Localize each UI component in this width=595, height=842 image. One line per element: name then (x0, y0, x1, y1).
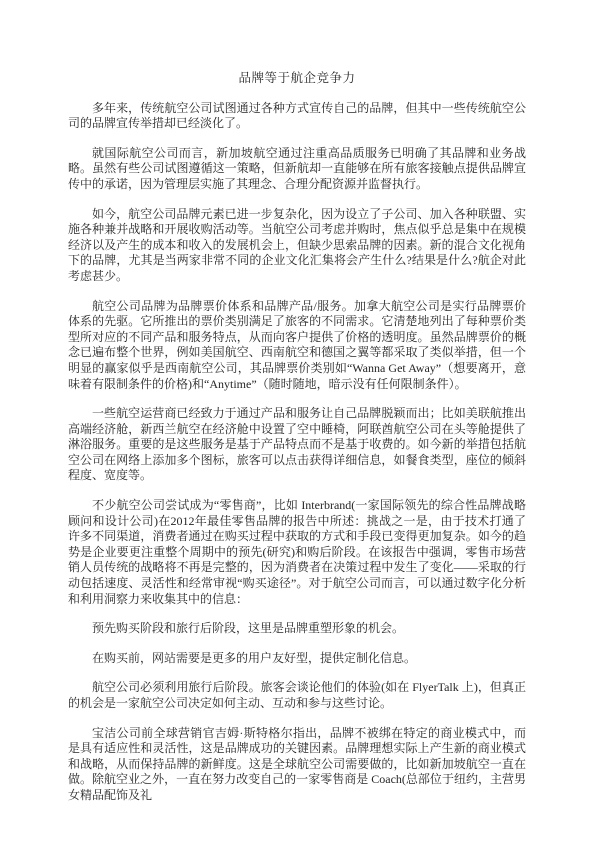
document-title: 品牌等于航企竞争力 (68, 71, 526, 87)
paragraph-singapore-airlines: 就国际航空公司而言，新加坡航空通过注重高品质服务已明确了其品牌和业务战略。虽然有… (68, 146, 526, 193)
paragraph-branded-fares: 航空公司品牌为品牌票价体系和品牌产品/服务。加拿大航空公司是实行品牌票价体系的先… (68, 299, 526, 393)
paragraph-list-item-posttravel: 航空公司必须利用旅行后阶段。旅客会谈论他们的体验(如在 FlyerTalk 上)… (68, 680, 526, 711)
paragraph-list-item-website: 在购买前，网站需要是更多的用户友好型，提供定制化信息。 (68, 651, 526, 667)
paragraph-product-differentiation: 一些航空运营商已经致力于通过产品和服务让自己品牌脱颖而出；比如美联航推出高端经济… (68, 406, 526, 484)
paragraph-list-item-prepurchase: 预先购买阶段和旅行后阶段，这里是品牌重塑形象的机会。 (68, 621, 526, 637)
paragraph-retailer-interbrand: 不少航空公司尝试成为“零售商”，比如 Interbrand(一家国际领先的综合性… (68, 498, 526, 607)
paragraph-intro: 多年来，传统航空公司试图通过各种方式宣传自己的品牌，但其中一些传统航空公司的品牌… (68, 101, 526, 132)
document-page: 品牌等于航企竞争力 多年来，传统航空公司试图通过各种方式宣传自己的品牌，但其中一… (0, 0, 595, 842)
paragraph-pg-stengel-coach: 宝洁公司前全球营销官吉姆·斯特格尔指出，品牌不被绑在特定的商业模式中，而是具有适… (68, 726, 526, 804)
paragraph-brand-complexity: 如今，航空公司品牌元素已进一步复杂化，因为设立了子公司、加入各种联盟、实施各种兼… (68, 207, 526, 285)
